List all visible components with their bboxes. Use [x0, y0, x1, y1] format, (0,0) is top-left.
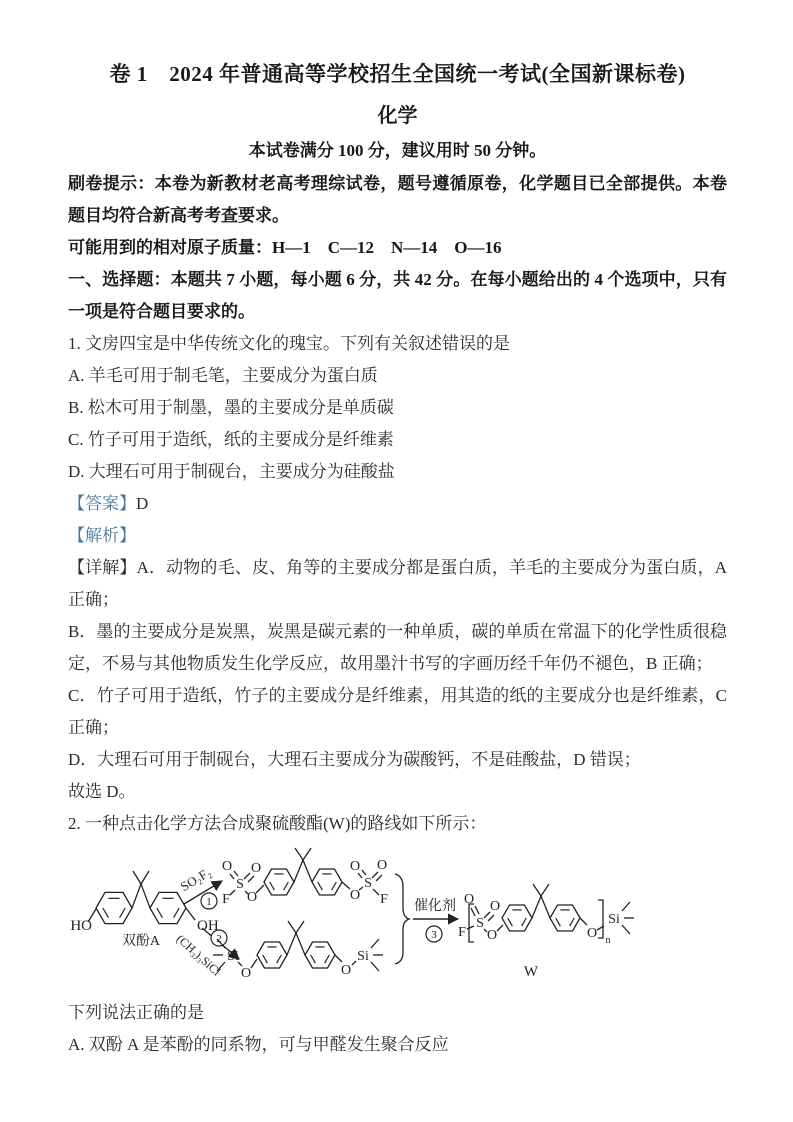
arrow-step3: 催化剂 3 — [413, 897, 458, 942]
atom-si: Si — [357, 949, 369, 964]
page-title: 卷 1 2024 年普通高等学校招生全国统一考试(全国新课标卷) — [68, 56, 727, 92]
analysis-label: 【解析】 — [68, 526, 136, 545]
product-w-structure: F S O O O O n Si — [458, 884, 634, 980]
q1-option-d: D. 大理石可用于制砚台，主要成分为硅酸盐 — [68, 456, 727, 488]
atom-o: O — [487, 928, 497, 943]
atom-o: O — [251, 861, 261, 876]
atom-o: O — [222, 859, 232, 874]
atom-o: O — [587, 926, 597, 941]
benzene-ring — [264, 869, 294, 895]
subscript-n: n — [606, 935, 611, 946]
atom-si: Si — [227, 949, 239, 964]
exam-page: 卷 1 2024 年普通高等学校招生全国统一考试(全国新课标卷) 化学 本试卷满… — [0, 0, 793, 1122]
arrow-step1: SO₂F₂ 1 — [178, 864, 222, 909]
q2-stem: 2. 一种点击化学方法合成聚硫酸酯(W)的路线如下所示： — [68, 808, 727, 840]
benzene-ring — [96, 892, 132, 923]
step3-number: 3 — [431, 929, 437, 941]
atom-o: O — [241, 966, 251, 981]
atom-o: O — [490, 899, 500, 914]
benzene-ring — [257, 942, 287, 968]
q1-detail-c: C．竹子可用于造纸，竹子的主要成分是纤维素，用其造的纸的主要成分也是纤维素，C … — [68, 680, 727, 744]
right-bracket — [598, 900, 603, 938]
q1-detail-a: 【详解】A．动物的毛、皮、角等的主要成分都是蛋白质，羊毛的主要成分为蛋白质，A … — [68, 552, 727, 616]
benzene-ring — [550, 905, 580, 931]
step1-number: 1 — [206, 896, 212, 908]
q1-option-c: C. 竹子可用于造纸，纸的主要成分是纤维素 — [68, 424, 727, 456]
subject-title: 化学 — [68, 98, 727, 134]
q1-detail-d: D．大理石可用于制砚台，大理石主要成分为碳酸钙，不是硅酸盐，D 错误； — [68, 744, 727, 776]
atom-o: O — [350, 859, 360, 874]
answer-value: D — [136, 494, 148, 513]
atom-f: F — [222, 892, 230, 907]
reaction-scheme-svg: HO OH 双酚A SO₂F₂ 1 F S O O O — [66, 842, 666, 992]
q2-option-a: A. 双酚 A 是苯酚的同系物，可与甲醛发生聚合反应 — [68, 1029, 727, 1061]
combining-brace — [395, 874, 409, 964]
atom-si: Si — [608, 912, 620, 927]
atom-o: O — [464, 892, 474, 907]
atom-s: S — [476, 916, 484, 931]
q1-analysis-line: 【解析】 — [68, 520, 727, 552]
atom-f: F — [458, 925, 466, 940]
atom-o: O — [247, 890, 257, 905]
benzene-ring — [312, 869, 342, 895]
atom-s: S — [236, 877, 244, 892]
bisphenol-a-label: 双酚A — [122, 933, 161, 949]
q1-option-a: A. 羊毛可用于制毛笔，主要成分为蛋白质 — [68, 360, 727, 392]
q2-followup: 下列说法正确的是 — [68, 997, 727, 1029]
atom-o: O — [377, 858, 387, 873]
silyl-ether-intermediate: Si O O Si — [213, 921, 383, 981]
catalyst-label: 催化剂 — [414, 897, 456, 914]
atom-s: S — [364, 876, 372, 891]
product-w-label: W — [524, 964, 539, 980]
section1-header: 一、选择题：本题共 7 小题，每小题 6 分，共 42 分。在每小题给出的 4 … — [68, 264, 727, 328]
q1-answer-line: 【答案】D — [68, 488, 727, 520]
ho-label: HO — [70, 918, 92, 934]
fluorosulfate-intermediate: F S O O O O S O O F — [222, 848, 388, 907]
detail-label: 【详解】 — [68, 558, 137, 577]
answer-label: 【答案】 — [68, 494, 136, 513]
atom-f: F — [380, 892, 388, 907]
notice-paragraph: 刷卷提示：本卷为新教材老高考理综试卷，题号遵循原卷，化学题目已全部提供。本卷题目… — [68, 168, 727, 232]
atom-o: O — [341, 963, 351, 978]
atom-o: O — [350, 888, 360, 903]
q1-stem: 1. 文房四宝是中华传统文化的瑰宝。下列有关叙述错误的是 — [68, 328, 727, 360]
q1-detail-b: B．墨的主要成分是炭黑，炭黑是碳元素的一种单质，碳的单质在常温下的化学性质很稳定… — [68, 616, 727, 680]
q1-conclusion: 故选 D。 — [68, 776, 727, 808]
benzene-ring — [305, 942, 335, 968]
atomic-mass-line: 可能用到的相对原子质量：H—1 C—12 N—14 O—16 — [68, 232, 727, 264]
q1-option-b: B. 松木可用于制墨，墨的主要成分是单质碳 — [68, 392, 727, 424]
benzene-ring — [502, 905, 532, 931]
exam-info: 本试卷满分 100 分，建议用时 50 分钟。 — [68, 134, 727, 168]
reaction-scheme: HO OH 双酚A SO₂F₂ 1 F S O O O — [66, 842, 727, 997]
benzene-ring — [150, 892, 186, 923]
